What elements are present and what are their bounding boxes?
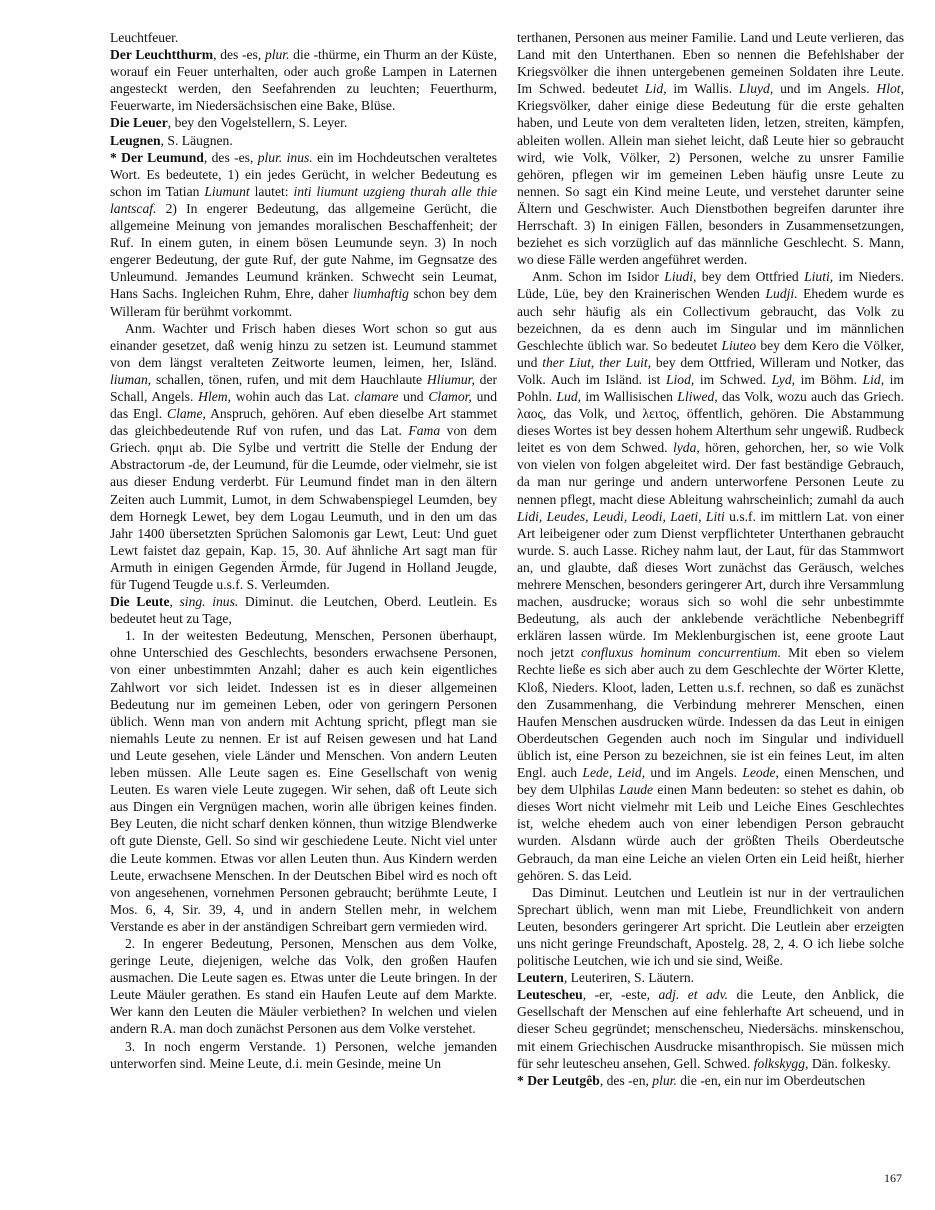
italic-term: Hlem, xyxy=(198,389,231,404)
paragraph: Leuchtfeuer. xyxy=(110,29,497,46)
dictionary-entry: * Der Leumund, des -es, plur. inus. ein … xyxy=(110,149,497,320)
text-run: , des -en, xyxy=(600,1073,652,1088)
italic-term: Lluyd, xyxy=(739,81,773,96)
text-run: wohin auch das Lat. xyxy=(231,389,354,404)
italic-term: plur. xyxy=(265,47,290,62)
text-run: Dän. folkesky. xyxy=(808,1056,890,1071)
italic-term: Laude xyxy=(619,782,653,797)
left-text-column: Leuchtfeuer.Der Leuchtthurm, des -es, pl… xyxy=(110,29,497,1072)
italic-term: Lud, xyxy=(556,389,581,404)
text-run: Leuchtfeuer. xyxy=(110,30,178,45)
dictionary-entry: Der Leuchtthurm, des -es, plur. die -thü… xyxy=(110,46,497,114)
headword: * Der Leumund xyxy=(110,150,204,165)
paragraph: terthanen, Personen aus meiner Familie. … xyxy=(517,29,904,268)
headword: Leutescheu xyxy=(517,987,583,1002)
headword: Der Leuchtthurm xyxy=(110,47,213,62)
text-run: schallen, tönen, rufen, und mit dem Hauc… xyxy=(151,372,427,387)
text-run: und im Angels. xyxy=(645,765,742,780)
text-run: im Wallisischen xyxy=(581,389,677,404)
text-run: Anm. Wachter und Frisch haben dieses Wor… xyxy=(110,321,497,370)
dictionary-entry: Leutern, Leuteriren, S. Läutern. xyxy=(517,969,904,986)
italic-term: folkskygg, xyxy=(754,1056,809,1071)
text-run: einen Mann bedeuten: so stehet es dahin,… xyxy=(517,782,904,882)
dictionary-entry: Die Leuer, bey den Vogelstellern, S. Ley… xyxy=(110,114,497,131)
italic-term: Fama xyxy=(408,423,440,438)
italic-term: plur. inus. xyxy=(258,150,313,165)
italic-term: Liod, xyxy=(666,372,694,387)
text-run: die -en, ein nur im Oberdeutschen xyxy=(677,1073,865,1088)
paragraph: 1. In der weitesten Bedeutung, Menschen,… xyxy=(110,627,497,935)
italic-term: Liuteo xyxy=(721,338,756,353)
headword: * Der Leutgêb xyxy=(517,1073,600,1088)
italic-term: Hlot, xyxy=(876,81,904,96)
italic-term: Lyd, xyxy=(772,372,795,387)
italic-term: liuman, xyxy=(110,372,151,387)
dictionary-entry: Leugnen, S. Läugnen. xyxy=(110,132,497,149)
text-run: lautet: xyxy=(250,184,294,199)
italic-term: Clame, xyxy=(167,406,206,421)
text-run: 2. In engerer Bedeutung, Personen, Mensc… xyxy=(110,936,497,1036)
italic-term: Lidi, Leudes, Leudi, Leodi, Laeti, Liti xyxy=(517,509,725,524)
italic-term: Lid, xyxy=(645,81,667,96)
italic-term: ther Liut, ther Luit, xyxy=(542,355,651,370)
dictionary-entry: Die Leute, sing. inus. Diminut. die Leut… xyxy=(110,593,497,627)
text-run: , Leuteriren, S. Läutern. xyxy=(564,970,694,985)
italic-term: Leode, xyxy=(742,765,779,780)
headword: Die Leute xyxy=(110,594,169,609)
italic-term: Lede, Leid, xyxy=(582,765,645,780)
text-run: , des -es, xyxy=(204,150,258,165)
italic-term: confluxus hominum concurren­tium. xyxy=(581,645,781,660)
text-run: im Böhm. xyxy=(795,372,863,387)
headword: Leutern xyxy=(517,970,564,985)
italic-term: adj. et adv. xyxy=(659,987,729,1002)
paragraph: 2. In engerer Bedeutung, Personen, Mensc… xyxy=(110,935,497,1038)
italic-term: Liuti, xyxy=(804,269,833,284)
headword: Die Leuer xyxy=(110,115,168,130)
italic-term: Clamor, xyxy=(428,389,471,404)
page-number: 167 xyxy=(884,1171,902,1186)
italic-term: plur. xyxy=(652,1073,677,1088)
italic-term: Ludji. xyxy=(765,286,797,301)
text-run: und im Angels. xyxy=(773,81,876,96)
text-run: Anm. Schon im Isidor xyxy=(532,269,664,284)
text-run: und xyxy=(398,389,428,404)
italic-term: Liudi, xyxy=(664,269,696,284)
text-run: 3. In noch engerm Verstande. 1) Personen… xyxy=(110,1039,497,1071)
text-run: im Wallis. xyxy=(667,81,739,96)
text-run: bey dem Ottfried xyxy=(696,269,804,284)
italic-term: Hliumur, xyxy=(427,372,475,387)
text-run: , S. Läugnen. xyxy=(161,133,233,148)
italic-term: Liumunt xyxy=(204,184,249,199)
italic-term: sing. inus. xyxy=(180,594,239,609)
dictionary-entry: * Der Leutgêb, des -en, plur. die -en, e… xyxy=(517,1072,904,1089)
italic-term: liumhaftig xyxy=(353,286,409,301)
text-run: im Schwed. xyxy=(694,372,771,387)
text-run: u.s.f. im mittlern Lat. von einer Art le… xyxy=(517,509,904,661)
italic-term: Lid, xyxy=(863,372,885,387)
headword: Leugnen xyxy=(110,133,161,148)
text-run: 1. In der weitesten Bedeutung, Menschen,… xyxy=(110,628,497,934)
text-run: Das Diminut. Leutchen und Leutlein ist n… xyxy=(517,885,904,968)
text-run: von dem Griech. φημι ab. Die Sylbe und v… xyxy=(110,423,497,592)
paragraph: Das Diminut. Leutchen und Leutlein ist n… xyxy=(517,884,904,969)
italic-term: Lliwed, xyxy=(677,389,717,404)
text-run: Kriegsvölker, daher einige diese Bedeu­t… xyxy=(517,98,904,267)
italic-term: lyda, xyxy=(673,440,700,455)
text-run: , xyxy=(169,594,179,609)
text-run: , bey den Vogelstellern, S. Leyer. xyxy=(168,115,348,130)
text-run: , -er, -este, xyxy=(583,987,659,1002)
paragraph: 3. In noch engerm Verstande. 1) Personen… xyxy=(110,1038,497,1072)
right-text-column: terthanen, Personen aus meiner Familie. … xyxy=(517,29,904,1089)
text-run: , des -es, xyxy=(213,47,265,62)
italic-term: clamare xyxy=(354,389,398,404)
paragraph: Anm. Wachter und Frisch haben dieses Wor… xyxy=(110,320,497,594)
dictionary-entry: Leutescheu, -er, -este, adj. et adv. die… xyxy=(517,986,904,1071)
text-run: Mit eben so vielem Rechte ließe es sich … xyxy=(517,645,904,780)
paragraph: Anm. Schon im Isidor Liudi, bey dem Ottf… xyxy=(517,268,904,883)
